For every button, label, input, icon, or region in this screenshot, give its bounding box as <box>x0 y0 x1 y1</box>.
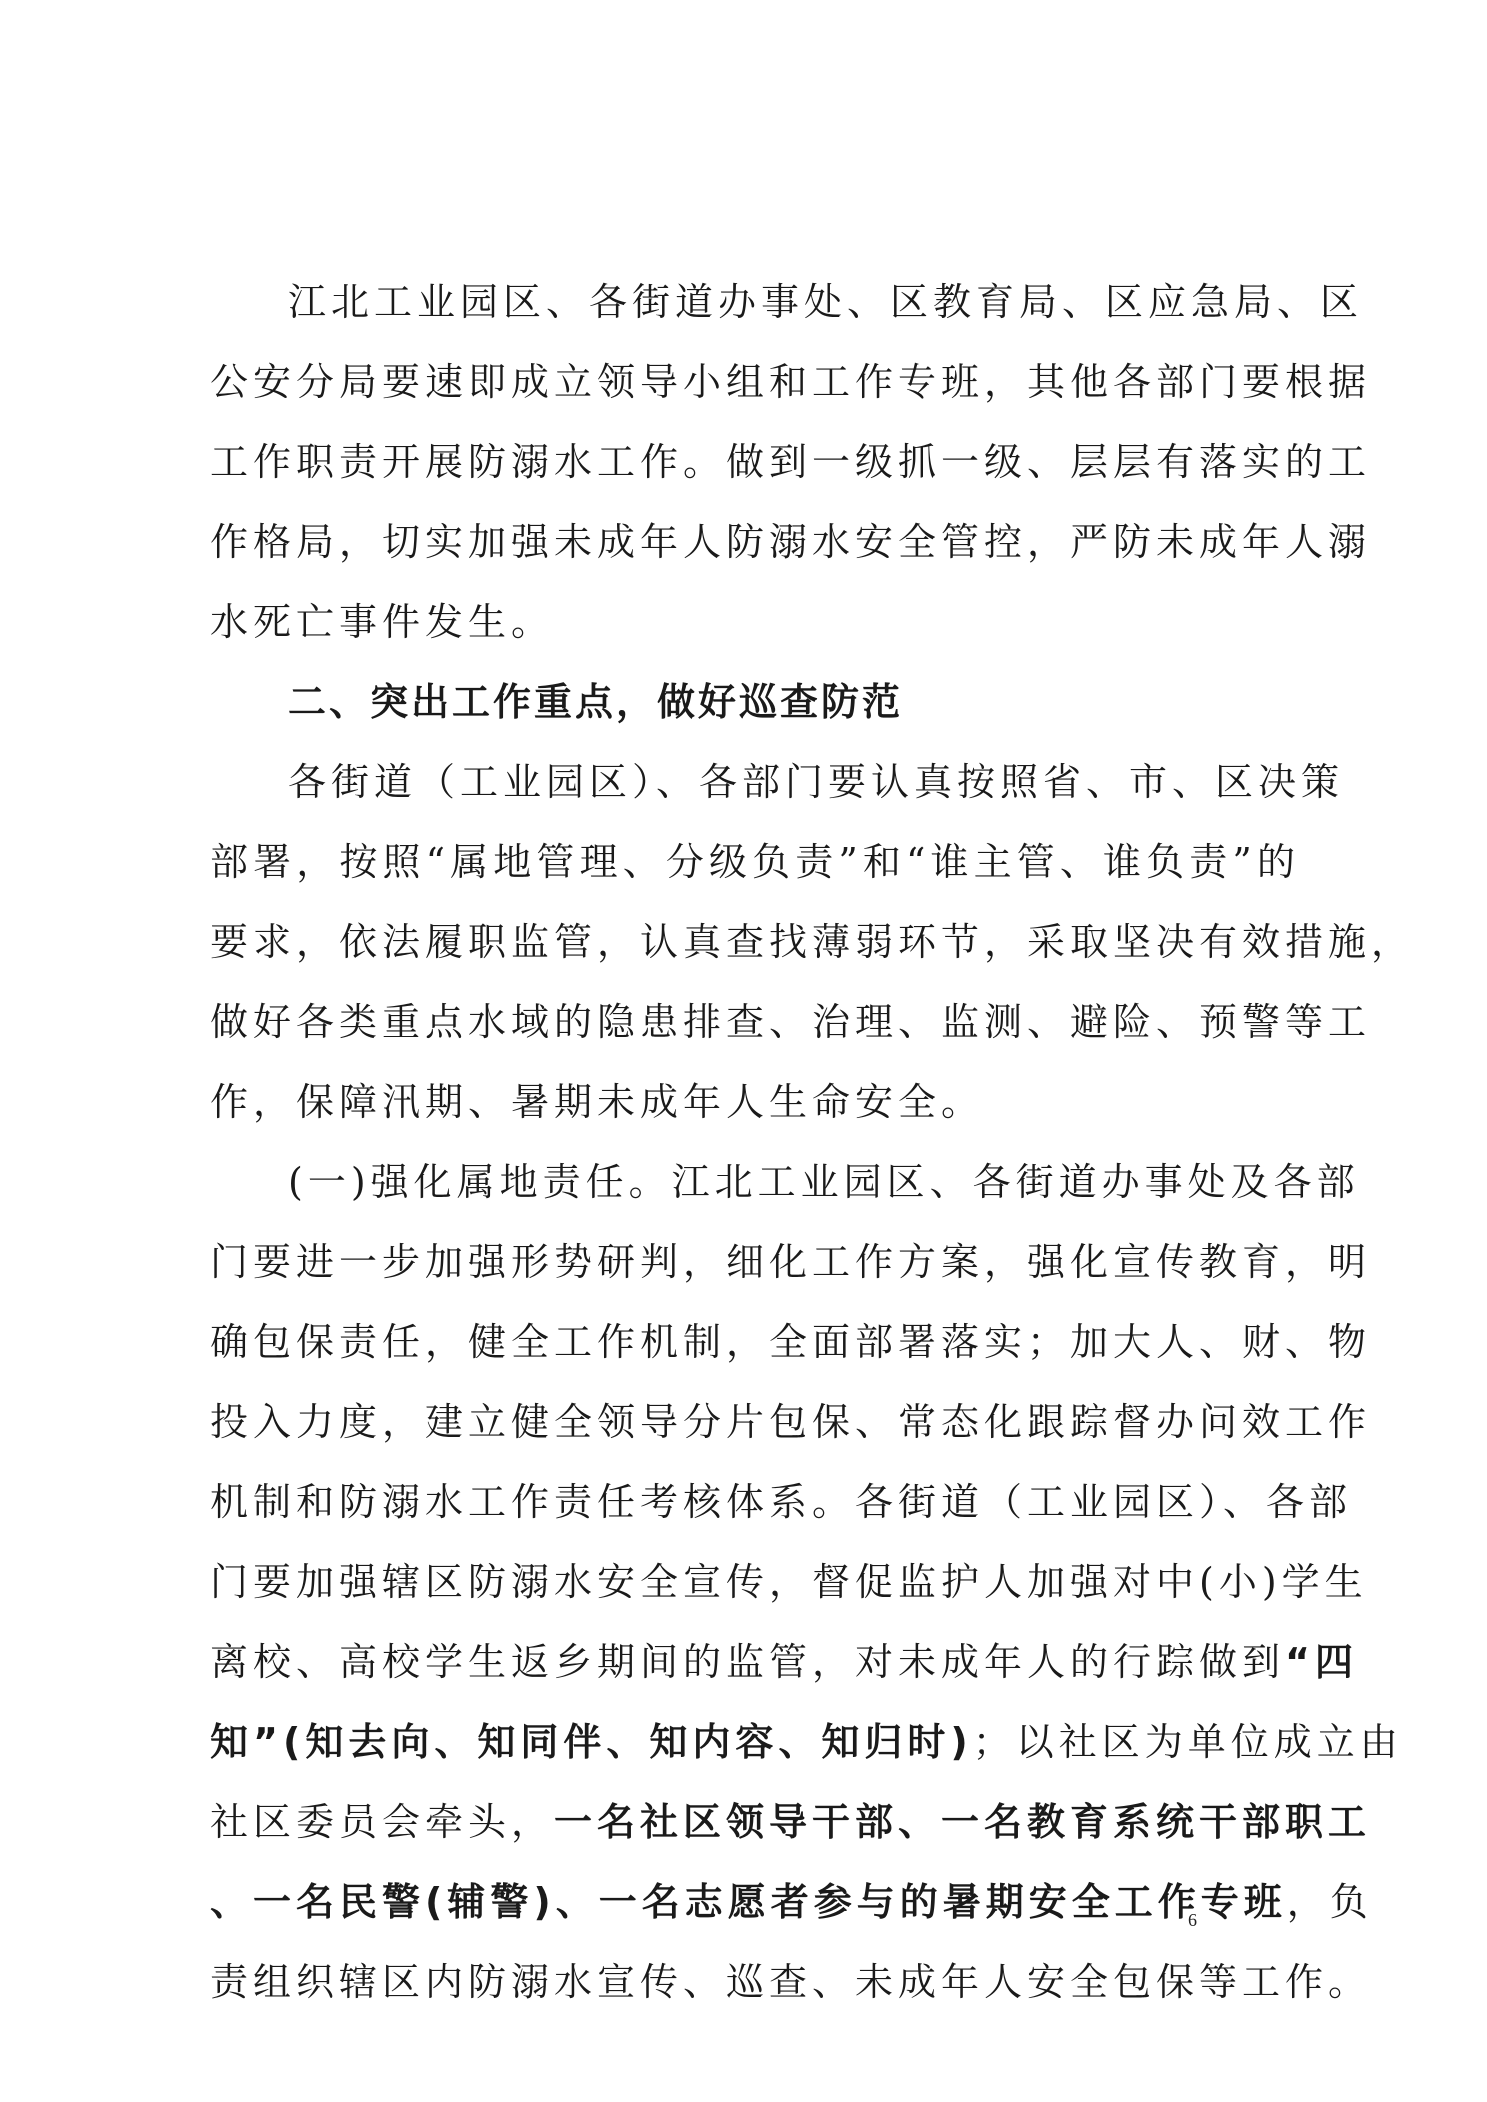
paragraph-line: 知”(知去向、知同伴、知内容、知归时)；以社区为单位成立由 <box>210 1702 1300 1782</box>
text-bold: 、一名民警(辅警)、一名志愿者参与的暑期安全工作专班 <box>210 1880 1287 1924</box>
paragraph-line: 做好各类重点水域的隐患排查、治理、监测、避险、预警等工 <box>210 982 1300 1062</box>
paragraph-line: 门要进一步加强形势研判，细化工作方案，强化宣传教育，明 <box>210 1222 1300 1302</box>
text-bold: 知”(知去向、知同伴、知内容、知归时) <box>210 1720 973 1764</box>
paragraph-line: 投入力度，建立健全领导分片包保、常态化跟踪督办问效工作 <box>210 1382 1300 1462</box>
document-page: 江北工业园区、各街道办事处、区教育局、区应急局、区 公安分局要速即成立领导小组和… <box>0 0 1487 2102</box>
paragraph-line: 公安分局要速即成立领导小组和工作专班，其他各部门要根据 <box>210 342 1300 422</box>
paragraph-line: 作格局，切实加强未成年人防溺水安全管控，严防未成年人溺 <box>210 502 1300 582</box>
text-bold: 一名社区领导干部、一名教育系统干部职工 <box>554 1800 1371 1844</box>
page-number: 6 <box>1188 1910 1197 1931</box>
paragraph-line: 水死亡事件发生。 <box>210 582 1300 662</box>
text-normal: 社区委员会牵头， <box>210 1800 554 1844</box>
text-normal: ；以社区为单位成立由 <box>973 1720 1403 1764</box>
paragraph-line: 作，保障汛期、暑期未成年人生命安全。 <box>210 1062 1300 1142</box>
paragraph-line: 部署，按照“属地管理、分级负责”和“谁主管、谁负责”的 <box>210 822 1300 902</box>
paragraph-line: 社区委员会牵头，一名社区领导干部、一名教育系统干部职工 <box>210 1782 1300 1862</box>
text-normal: 离校、高校学生返乡期间的监管，对未成年人的行踪做到 <box>210 1640 1285 1684</box>
text-bold: “四 <box>1285 1640 1358 1684</box>
paragraph-line: 门要加强辖区防溺水安全宣传，督促监护人加强对中(小)学生 <box>210 1542 1300 1622</box>
paragraph-line: 、一名民警(辅警)、一名志愿者参与的暑期安全工作专班，负 <box>210 1862 1300 1942</box>
paragraph-line: 离校、高校学生返乡期间的监管，对未成年人的行踪做到“四 <box>210 1622 1300 1702</box>
section-heading: 二、突出工作重点，做好巡查防范 <box>210 662 1300 742</box>
paragraph-line: 江北工业园区、各街道办事处、区教育局、区应急局、区 <box>210 262 1300 342</box>
paragraph-line: 各街道（工业园区）、各部门要认真按照省、市、区决策 <box>210 742 1300 822</box>
document-body: 江北工业园区、各街道办事处、区教育局、区应急局、区 公安分局要速即成立领导小组和… <box>210 262 1300 2022</box>
paragraph-line: 要求，依法履职监管，认真查找薄弱环节，采取坚决有效措施， <box>210 902 1300 982</box>
paragraph-line: 责组织辖区内防溺水宣传、巡查、未成年人安全包保等工作。 <box>210 1942 1300 2022</box>
paragraph-line: 工作职责开展防溺水工作。做到一级抓一级、层层有落实的工 <box>210 422 1300 502</box>
paragraph-line: (一)强化属地责任。江北工业园区、各街道办事处及各部 <box>210 1142 1300 1222</box>
text-normal: ，负 <box>1287 1880 1373 1924</box>
paragraph-line: 确包保责任，健全工作机制，全面部署落实；加大人、财、物 <box>210 1302 1300 1382</box>
paragraph-line: 机制和防溺水工作责任考核体系。各街道（工业园区）、各部 <box>210 1462 1300 1542</box>
